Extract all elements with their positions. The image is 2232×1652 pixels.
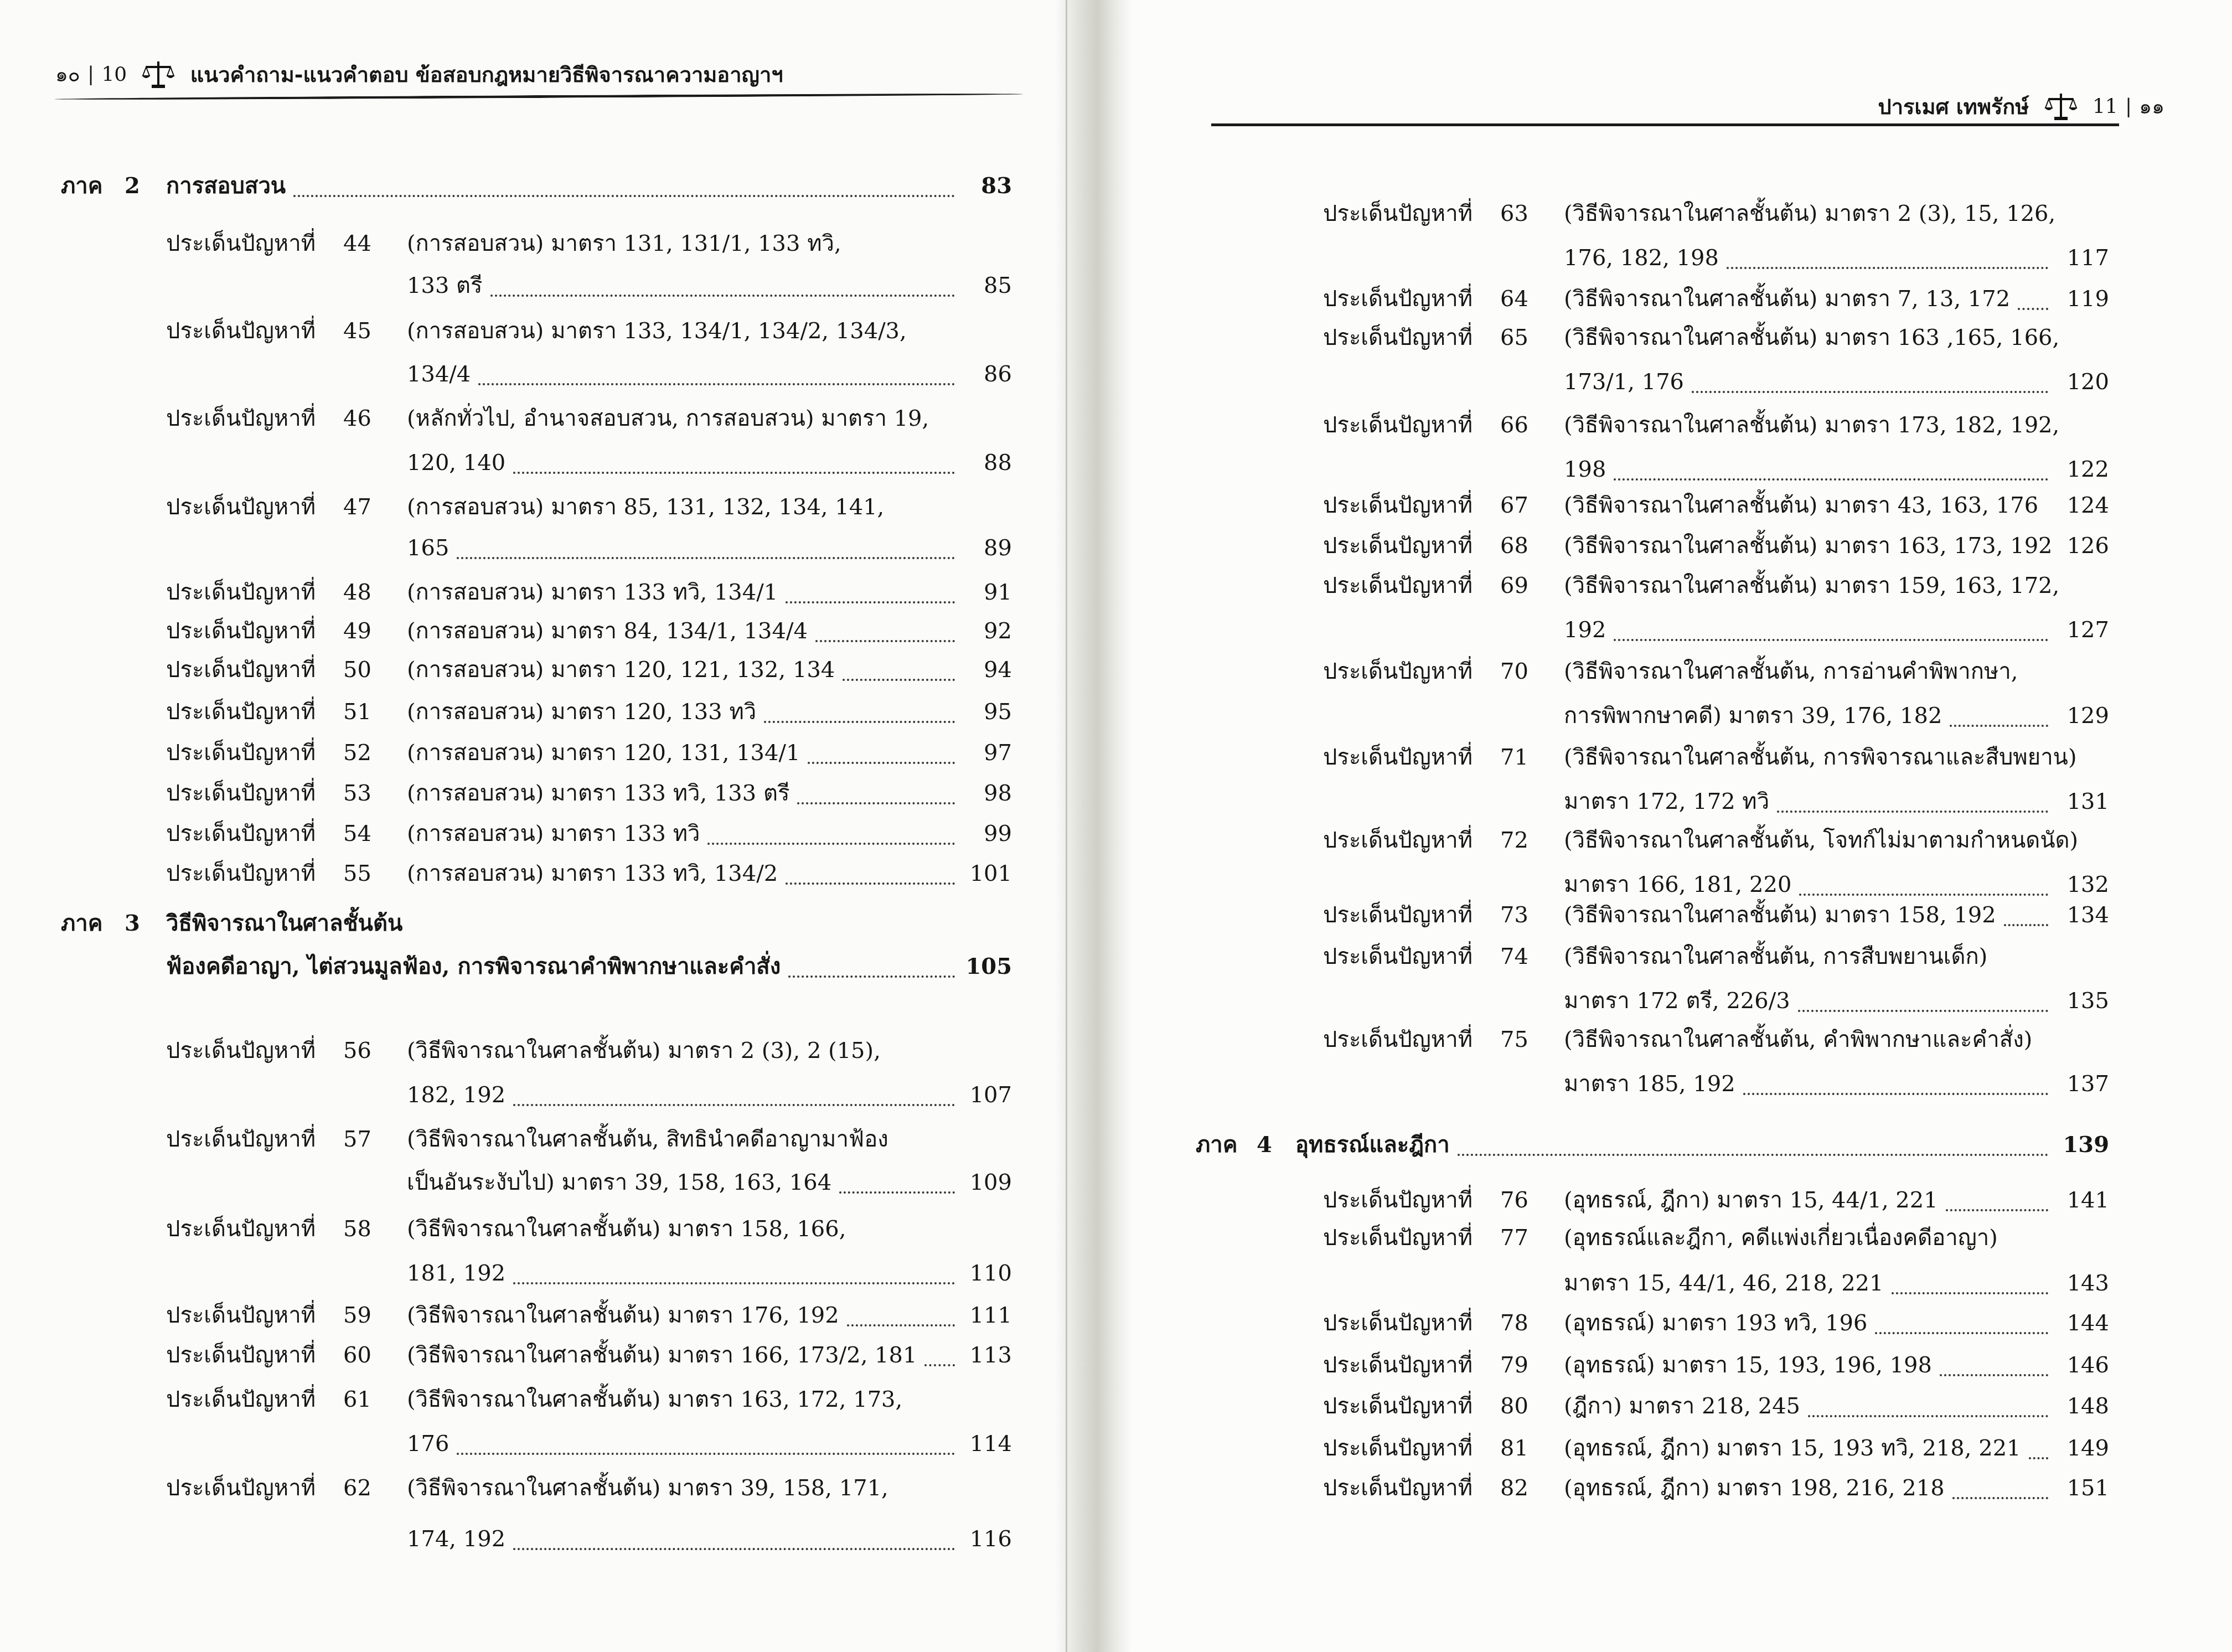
part-number: 4 — [1257, 1129, 1272, 1160]
left-running-header: ๑๐ | 10 แนวคำถาม-แนวคำตอบ ข้อสอบกฎหมายวิ… — [55, 58, 783, 91]
dot-leader — [1875, 1332, 2048, 1334]
page-ref: 116 — [951, 1524, 1012, 1555]
issue-number: 52 — [343, 737, 371, 768]
page-ref: 89 — [951, 533, 1012, 564]
dot-leader — [2029, 1457, 2048, 1459]
page-ref: 97 — [951, 737, 1012, 768]
issue-description: (การสอบสวน) มาตรา 131, 131/1, 133 ทวิ, — [407, 228, 841, 259]
issue-description: (วิธีพิจารณาในศาลชั้นต้น) มาตรา 7, 13, 1… — [1564, 283, 2010, 314]
issue-description: (วิธีพิจารณาในศาลชั้นต้น) มาตรา 39, 158,… — [407, 1473, 888, 1504]
issue-number: 51 — [343, 696, 371, 727]
dot-leader — [1727, 267, 2048, 269]
issue-label: ประเด็นปัญหาที่ — [166, 1035, 316, 1066]
issue-description: (อุทธรณ์และฎีกา, คดีแพ่งเกี่ยวเนื่องคดีอ… — [1564, 1222, 1998, 1253]
part-number: 3 — [125, 908, 140, 939]
issue-number: 53 — [343, 778, 371, 809]
issue-number: 59 — [343, 1300, 371, 1331]
issue-description: (การสอบสวน) มาตรา 120, 121, 132, 134 — [407, 654, 835, 685]
issue-number: 74 — [1500, 941, 1528, 972]
issue-label: ประเด็นปัญหาที่ — [166, 1340, 316, 1371]
page-ref: 110 — [951, 1258, 1012, 1289]
part-subtitle: ฟ้องคดีอาญา, ไต่สวนมูลฟ้อง, การพิจารณาคำ… — [166, 951, 781, 982]
issue-description: (อุทธรณ์) มาตรา 193 ทวิ, 196 — [1564, 1308, 1867, 1339]
issue-label: ประเด็นปัญหาที่ — [1323, 1308, 1472, 1339]
issue-label: ประเด็นปัญหาที่ — [1323, 410, 1472, 441]
issue-description: 182, 192 — [407, 1080, 505, 1111]
page-ref: 99 — [951, 818, 1012, 849]
issue-label: ประเด็นปัญหาที่ — [1323, 1433, 1472, 1464]
issue-description: (วิธีพิจารณาในศาลชั้นต้น, คำพิพากษาและคำ… — [1564, 1024, 2032, 1055]
dot-leader — [1458, 1154, 2048, 1156]
issue-label: ประเด็นปัญหาที่ — [166, 316, 316, 347]
issue-number: 75 — [1500, 1024, 1528, 1055]
page-ref: 122 — [2048, 454, 2109, 485]
issue-label: ประเด็นปัญหาที่ — [166, 696, 316, 727]
page-ref: 139 — [2048, 1129, 2109, 1160]
issue-label: ประเด็นปัญหาที่ — [166, 818, 316, 849]
scales-of-justice-icon — [142, 60, 175, 89]
issue-label: ประเด็นปัญหาที่ — [1323, 1350, 1472, 1381]
part-title: การสอบสวน — [166, 171, 286, 202]
issue-number: 67 — [1500, 490, 1528, 521]
page-ref: 107 — [951, 1080, 1012, 1111]
page-ref: 114 — [951, 1428, 1012, 1459]
issue-label: ประเด็นปัญหาที่ — [1323, 742, 1472, 773]
dot-leader — [490, 295, 955, 297]
page-number-thai: ๑๐ — [55, 64, 80, 86]
issue-number: 56 — [343, 1035, 371, 1066]
page-separator: | — [2125, 95, 2132, 118]
issue-description: (วิธีพิจารณาในศาลชั้นต้น, โจทก์ไม่มาตามก… — [1564, 825, 2078, 856]
dot-leader — [764, 721, 955, 723]
issue-number: 44 — [343, 228, 371, 259]
dot-leader — [1692, 391, 2048, 393]
issue-number: 57 — [343, 1124, 371, 1155]
page-number: 10 — [101, 63, 127, 86]
issue-number: 82 — [1500, 1473, 1528, 1504]
page-ref: 92 — [951, 616, 1012, 647]
issue-label: ประเด็นปัญหาที่ — [166, 228, 316, 259]
issue-label: ประเด็นปัญหาที่ — [1323, 1473, 1472, 1504]
dot-leader — [786, 601, 955, 603]
issue-number: 45 — [343, 316, 371, 347]
dot-leader — [707, 843, 955, 845]
issue-number: 76 — [1500, 1185, 1528, 1216]
issue-number: 63 — [1500, 198, 1528, 229]
issue-number: 64 — [1500, 283, 1528, 314]
issue-description: 176 — [407, 1428, 449, 1459]
dot-leader — [293, 195, 955, 197]
issue-label: ประเด็นปัญหาที่ — [1323, 1024, 1472, 1055]
dot-leader — [808, 762, 955, 764]
issue-number: 80 — [1500, 1391, 1528, 1422]
dot-leader — [815, 640, 955, 642]
issue-description: (การสอบสวน) มาตรา 133 ทวิ — [407, 818, 700, 849]
issue-description: (วิธีพิจารณาในศาลชั้นต้น) มาตรา 163 ,165… — [1564, 322, 2059, 353]
issue-description: 176, 182, 198 — [1564, 242, 1719, 273]
page-ref: 149 — [2048, 1433, 2109, 1464]
issue-description: (วิธีพิจารณาในศาลชั้นต้น) มาตรา 166, 173… — [407, 1340, 917, 1371]
page-ref: 151 — [2048, 1473, 2109, 1504]
issue-label: ประเด็นปัญหาที่ — [166, 403, 316, 434]
issue-label: ประเด็นปัญหาที่ — [1323, 322, 1472, 353]
issue-description: 120, 140 — [407, 447, 505, 478]
issue-description: มาตรา 15, 44/1, 46, 218, 221 — [1564, 1268, 1884, 1299]
page-ref: 132 — [2048, 869, 2109, 900]
issue-label: ประเด็นปัญหาที่ — [1323, 570, 1472, 601]
page-ref: 143 — [2048, 1268, 2109, 1299]
page-ref: 101 — [951, 858, 1012, 889]
page-ref: 88 — [951, 447, 1012, 478]
scales-of-justice-icon — [2044, 92, 2078, 121]
page-separator: | — [87, 63, 94, 86]
issue-number: 81 — [1500, 1433, 1528, 1464]
issue-label: ประเด็นปัญหาที่ — [1323, 490, 1472, 521]
page-number-thai: ๑๑ — [2139, 96, 2164, 118]
issue-number: 58 — [343, 1214, 371, 1245]
book-title: แนวคำถาม-แนวคำตอบ ข้อสอบกฎหมายวิธีพิจารณ… — [190, 63, 783, 87]
issue-label: ประเด็นปัญหาที่ — [1323, 941, 1472, 972]
issue-number: 69 — [1500, 570, 1528, 601]
dot-leader — [1614, 478, 2048, 481]
gutter-shadow — [1066, 0, 1067, 1652]
issue-number: 49 — [343, 616, 371, 647]
issue-description: (วิธีพิจารณาในศาลชั้นต้น) มาตรา 43, 163,… — [1564, 490, 2038, 521]
issue-number: 70 — [1500, 656, 1528, 687]
issue-label: ประเด็นปัญหาที่ — [166, 1300, 316, 1331]
issue-number: 78 — [1500, 1308, 1528, 1339]
issue-description: (หลักทั่วไป, อำนาจสอบสวน, การสอบสวน) มาต… — [407, 403, 929, 434]
issue-description: (วิธีพิจารณาในศาลชั้นต้น) มาตรา 158, 192 — [1564, 900, 1996, 931]
part-title: วิธีพิจารณาในศาลชั้นต้น — [166, 908, 402, 939]
issue-description: 181, 192 — [407, 1258, 505, 1289]
issue-description: (การสอบสวน) มาตรา 133 ทวิ, 134/1 — [407, 577, 778, 608]
issue-number: 48 — [343, 577, 371, 608]
page-ref: 113 — [951, 1340, 1012, 1371]
dot-leader — [1946, 1209, 2048, 1211]
page-ref: 95 — [951, 696, 1012, 727]
dot-leader — [1743, 1093, 2048, 1095]
issue-label: ประเด็นปัญหาที่ — [1323, 825, 1472, 856]
issue-description: 173/1, 176 — [1564, 366, 1684, 397]
part-number: 2 — [125, 171, 140, 202]
dot-leader — [513, 1282, 955, 1284]
dot-leader — [1950, 725, 2048, 727]
issue-description: (การสอบสวน) มาตรา 133 ทวิ, 134/2 — [407, 858, 778, 889]
issue-label: ประเด็นปัญหาที่ — [1323, 900, 1472, 931]
issue-label: ประเด็นปัญหาที่ — [1323, 198, 1472, 229]
issue-description: (วิธีพิจารณาในศาลชั้นต้น) มาตรา 163, 172… — [407, 1384, 902, 1415]
issue-number: 62 — [343, 1473, 371, 1504]
issue-label: ประเด็นปัญหาที่ — [1323, 1222, 1472, 1253]
page-ref: 111 — [951, 1300, 1012, 1331]
issue-description: (วิธีพิจารณาในศาลชั้นต้น, สิทธินำคดีอาญา… — [407, 1124, 888, 1155]
dot-leader — [786, 882, 955, 885]
issue-description: 133 ตรี — [407, 270, 483, 301]
issue-number: 50 — [343, 654, 371, 685]
dot-leader — [1798, 1010, 2048, 1012]
dot-leader — [1808, 1415, 2048, 1417]
issue-description: (วิธีพิจารณาในศาลชั้นต้น) มาตรา 163, 173… — [1564, 530, 2053, 561]
page-ref: 105 — [951, 951, 1012, 982]
dot-leader — [843, 679, 955, 681]
issue-label: ประเด็นปัญหาที่ — [166, 654, 316, 685]
issue-label: ประเด็นปัญหาที่ — [1323, 530, 1472, 561]
page-ref: 117 — [2048, 242, 2109, 273]
issue-description: (ฎีกา) มาตรา 218, 245 — [1564, 1391, 1800, 1422]
issue-description: (วิธีพิจารณาในศาลชั้นต้น, การสืบพยานเด็ก… — [1564, 941, 1987, 972]
issue-number: 71 — [1500, 742, 1528, 773]
page-ref: 126 — [2048, 530, 2109, 561]
issue-description: 134/4 — [407, 359, 471, 390]
issue-label: ประเด็นปัญหาที่ — [166, 1473, 316, 1504]
dot-leader — [513, 472, 955, 474]
page-ref: 146 — [2048, 1350, 2109, 1381]
issue-description: (วิธีพิจารณาในศาลชั้นต้น) มาตรา 159, 163… — [1564, 570, 2059, 601]
dot-leader — [1940, 1374, 2048, 1376]
dot-leader — [478, 383, 955, 385]
issue-description: (การสอบสวน) มาตรา 85, 131, 132, 134, 141… — [407, 492, 884, 523]
page-ref: 94 — [951, 654, 1012, 685]
issue-number: 68 — [1500, 530, 1528, 561]
issue-number: 79 — [1500, 1350, 1528, 1381]
issue-number: 77 — [1500, 1222, 1528, 1253]
part-word: ภาค — [1196, 1129, 1238, 1160]
dot-leader — [457, 1453, 955, 1455]
issue-description: การพิพากษาคดี) มาตรา 39, 176, 182 — [1564, 700, 1942, 731]
issue-description: (วิธีพิจารณาในศาลชั้นต้น) มาตรา 173, 182… — [1564, 410, 2059, 441]
dot-leader — [2018, 308, 2048, 310]
dot-leader — [924, 1364, 955, 1366]
page-ref: 120 — [2048, 366, 2109, 397]
issue-number: 60 — [343, 1340, 371, 1371]
header-rule — [1211, 123, 2119, 126]
page-ref: 131 — [2048, 786, 2109, 817]
page-ref: 83 — [951, 171, 1012, 202]
issue-description: มาตรา 185, 192 — [1564, 1068, 1735, 1099]
issue-label: ประเด็นปัญหาที่ — [166, 616, 316, 647]
issue-description: (การสอบสวน) มาตรา 133, 134/1, 134/2, 134… — [407, 316, 907, 347]
issue-label: ประเด็นปัญหาที่ — [1323, 656, 1472, 687]
issue-label: ประเด็นปัญหาที่ — [1323, 1185, 1472, 1216]
dot-leader — [1892, 1292, 2049, 1294]
issue-label: ประเด็นปัญหาที่ — [166, 778, 316, 809]
dot-leader — [839, 1191, 955, 1194]
issue-number: 73 — [1500, 900, 1528, 931]
issue-label: ประเด็นปัญหาที่ — [166, 737, 316, 768]
issue-number: 61 — [343, 1384, 371, 1415]
issue-label: ประเด็นปัญหาที่ — [1323, 283, 1472, 314]
page-ref: 109 — [951, 1167, 1012, 1198]
issue-number: 54 — [343, 818, 371, 849]
issue-description: 174, 192 — [407, 1524, 505, 1555]
issue-description: มาตรา 172 ตรี, 226/3 — [1564, 985, 1790, 1016]
dot-leader — [1777, 810, 2048, 813]
issue-label: ประเด็นปัญหาที่ — [1323, 1391, 1472, 1422]
right-running-header: ปารเมศ เทพรักษ์ 11 | ๑๑ — [1878, 90, 2164, 123]
issue-description: (การสอบสวน) มาตรา 120, 133 ทวิ — [407, 696, 756, 727]
issue-label: ประเด็นปัญหาที่ — [166, 577, 316, 608]
issue-description: (วิธีพิจารณาในศาลชั้นต้น) มาตรา 2 (3), 2… — [407, 1035, 881, 1066]
issue-label: ประเด็นปัญหาที่ — [166, 1124, 316, 1155]
page-ref: 85 — [951, 270, 1012, 301]
issue-description: (วิธีพิจารณาในศาลชั้นต้น) มาตรา 176, 192 — [407, 1300, 839, 1331]
author-name: ปารเมศ เทพรักษ์ — [1878, 95, 2029, 119]
issue-description: (วิธีพิจารณาในศาลชั้นต้น) มาตรา 2 (3), 1… — [1564, 198, 2055, 229]
part-title: อุทธรณ์และฎีกา — [1295, 1129, 1450, 1160]
issue-description: (อุทธรณ์, ฎีกา) มาตรา 15, 193 ทวิ, 218, … — [1564, 1433, 2021, 1464]
dot-leader — [788, 975, 955, 978]
issue-label: ประเด็นปัญหาที่ — [166, 492, 316, 523]
issue-description: เป็นอันระงับไป) มาตรา 39, 158, 163, 164 — [407, 1167, 831, 1198]
issue-description: 198 — [1564, 454, 1606, 485]
issue-description: (อุทธรณ์) มาตรา 15, 193, 196, 198 — [1564, 1350, 1932, 1381]
page-ref: 129 — [2048, 700, 2109, 731]
issue-description: (การสอบสวน) มาตรา 84, 134/1, 134/4 — [407, 616, 808, 647]
issue-description: 165 — [407, 533, 449, 564]
dot-leader — [513, 1104, 955, 1106]
issue-description: มาตรา 166, 181, 220 — [1564, 869, 1791, 900]
page-ref: 86 — [951, 359, 1012, 390]
issue-label: ประเด็นปัญหาที่ — [166, 1214, 316, 1245]
page-ref: 91 — [951, 577, 1012, 608]
dot-leader — [457, 557, 955, 559]
issue-number: 46 — [343, 403, 371, 434]
part-word: ภาค — [61, 171, 103, 202]
issue-label: ประเด็นปัญหาที่ — [166, 1384, 316, 1415]
dot-leader — [1614, 639, 2048, 641]
issue-number: 65 — [1500, 322, 1528, 353]
page-ref: 124 — [2048, 490, 2109, 521]
page-number: 11 — [2092, 95, 2118, 118]
page-ref: 127 — [2048, 615, 2109, 646]
page-ref: 137 — [2048, 1068, 2109, 1099]
page-ref: 134 — [2048, 900, 2109, 931]
issue-number: 66 — [1500, 410, 1528, 441]
part-word: ภาค — [61, 908, 103, 939]
issue-description: (วิธีพิจารณาในศาลชั้นต้น, การอ่านคำพิพาก… — [1564, 656, 2018, 687]
issue-description: (การสอบสวน) มาตรา 133 ทวิ, 133 ตรี — [407, 778, 789, 809]
issue-description: 192 — [1564, 615, 1606, 646]
page-ref: 148 — [2048, 1391, 2109, 1422]
issue-label: ประเด็นปัญหาที่ — [166, 858, 316, 889]
page-ref: 141 — [2048, 1185, 2109, 1216]
dot-leader — [1952, 1497, 2048, 1499]
dot-leader — [1799, 894, 2048, 896]
dot-leader — [847, 1324, 955, 1326]
issue-description: มาตรา 172, 172 ทวิ — [1564, 786, 1769, 817]
dot-leader — [2004, 924, 2048, 926]
issue-number: 55 — [343, 858, 371, 889]
dot-leader — [513, 1548, 955, 1550]
dot-leader — [797, 802, 955, 804]
page-ref: 144 — [2048, 1308, 2109, 1339]
issue-description: (การสอบสวน) มาตรา 120, 131, 134/1 — [407, 737, 800, 768]
issue-description: (อุทธรณ์, ฎีกา) มาตรา 198, 216, 218 — [1564, 1473, 1945, 1504]
issue-description: (วิธีพิจารณาในศาลชั้นต้น) มาตรา 158, 166… — [407, 1214, 846, 1245]
issue-number: 47 — [343, 492, 371, 523]
issue-description: (วิธีพิจารณาในศาลชั้นต้น, การพิจารณาและส… — [1564, 742, 2077, 773]
issue-description: (อุทธรณ์, ฎีกา) มาตรา 15, 44/1, 221 — [1564, 1185, 1938, 1216]
page-ref: 119 — [2048, 283, 2109, 314]
page-ref: 135 — [2048, 985, 2109, 1016]
page-ref: 98 — [951, 778, 1012, 809]
issue-number: 72 — [1500, 825, 1528, 856]
